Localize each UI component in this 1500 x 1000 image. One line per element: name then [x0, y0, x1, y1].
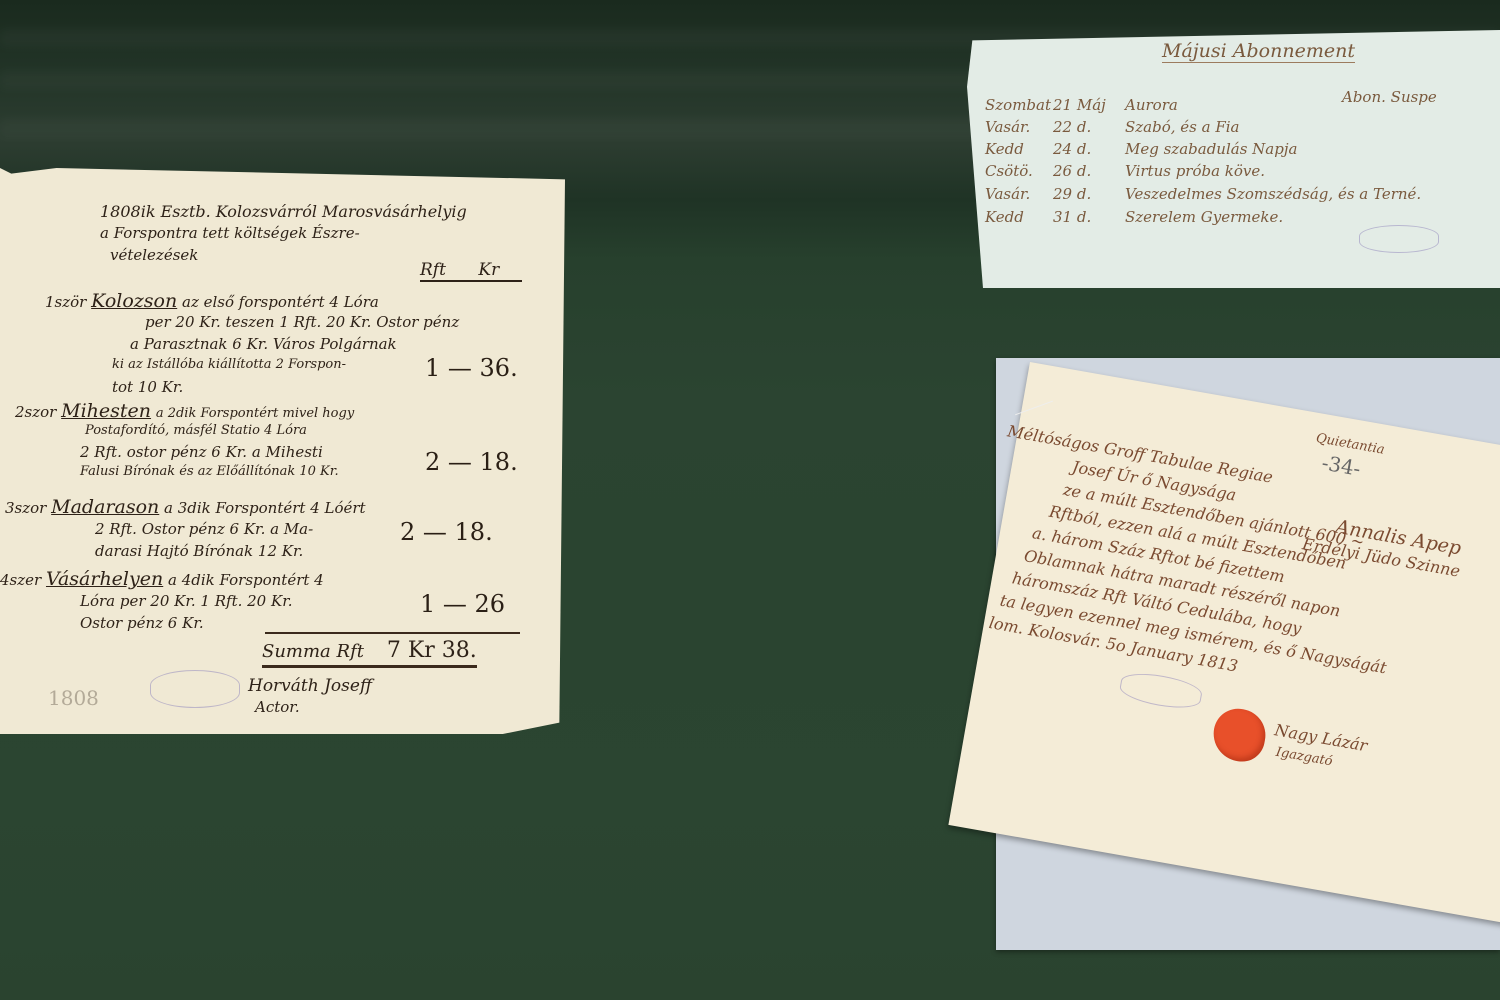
receipt-header: 1808ik Esztb. Kolozsvárról Marosvásárhel… [100, 202, 467, 221]
column-headers: Rft Kr [420, 260, 522, 282]
receipt-header: a Forspontra tett költségek Észre- [100, 224, 360, 242]
travel-expense-receipt: 1808ik Esztb. Kolozsvárról Marosvásárhel… [0, 168, 565, 734]
entry-2-line: Postafordító, másfél Statio 4 Lóra [85, 423, 307, 438]
receipt-header: vételezések [110, 246, 198, 264]
entry-3-line: darasi Hajtó Bírónak 12 Kr. [95, 542, 303, 560]
program-row: Vasár.22 d.Szabó, és a Fia [985, 118, 1240, 136]
entry-3-amount: 2 — 18. [400, 518, 493, 546]
entry-4-amount: 1 — 26 [420, 590, 505, 618]
program-row: Vasár.29 d.Veszedelmes Szomszédság, és a… [985, 185, 1421, 203]
entry-2-line: Falusi Bírónak és az Előállítónak 10 Kr. [80, 464, 339, 479]
entry-1-line: tot 10 Kr. [112, 378, 183, 396]
entry-1: 1ször Kolozson az első forspontért 4 Lór… [45, 290, 379, 312]
entry-3-line: 2 Rft. Ostor pénz 6 Kr. a Ma- [95, 520, 313, 538]
program-title: Májusi Abonnement [1162, 40, 1355, 63]
program-row: Csötö.26 d.Virtus próba köve. [985, 162, 1265, 180]
library-stamp-icon [1118, 669, 1204, 713]
entry-2-line: 2 Rft. ostor pénz 6 Kr. a Mihesti [80, 443, 323, 461]
entry-2-amount: 2 — 18. [425, 448, 518, 476]
library-stamp-icon [150, 670, 240, 708]
entry-4-line: Lóra per 20 Kr. 1 Rft. 20 Kr. [80, 592, 292, 610]
program-row: Kedd24 d.Meg szabadulás Napja [985, 140, 1297, 158]
signature-title: Actor. [255, 698, 300, 716]
signature: Horváth Joseff [248, 676, 372, 696]
entry-1-line: a Parasztnak 6 Kr. Város Polgárnak [130, 335, 397, 353]
entry-1-line: ki az Istállóba kiállította 2 Forspon- [112, 357, 346, 372]
program-row: Szombat21 MájAurora [985, 96, 1178, 114]
entry-4: 4szer Vásárhelyen a 4dik Forspontért 4 [0, 568, 324, 590]
entry-1-line: per 20 Kr. teszen 1 Rft. 20 Kr. Ostor pé… [145, 313, 459, 331]
pencil-date: 1808 [48, 686, 99, 710]
summa: Summa Rft 7 Kr 38. [262, 638, 477, 668]
sum-rule [265, 632, 520, 634]
entry-1-amount: 1 — 36. [425, 354, 518, 382]
library-stamp-icon [1359, 225, 1439, 253]
entry-4-line: Ostor pénz 6 Kr. [80, 614, 204, 632]
letter-signature-title: Igazgató [1275, 745, 1334, 770]
program-row: Kedd31 d.Szerelem Gyermeke. [985, 208, 1283, 226]
theatre-subscription-program: -43- Májusi Abonnement Abon. Suspe Szomb… [967, 30, 1500, 288]
page-number: -34- [1320, 450, 1363, 480]
entry-3: 3szor Madarason a 3dik Forspontért 4 Lóé… [5, 496, 366, 518]
red-wax-seal-icon [1209, 705, 1269, 765]
entry-2: 2szor Mihesten a 2dik Forspontért mivel … [15, 400, 354, 422]
column-note: Abon. Suspe [1342, 88, 1437, 106]
